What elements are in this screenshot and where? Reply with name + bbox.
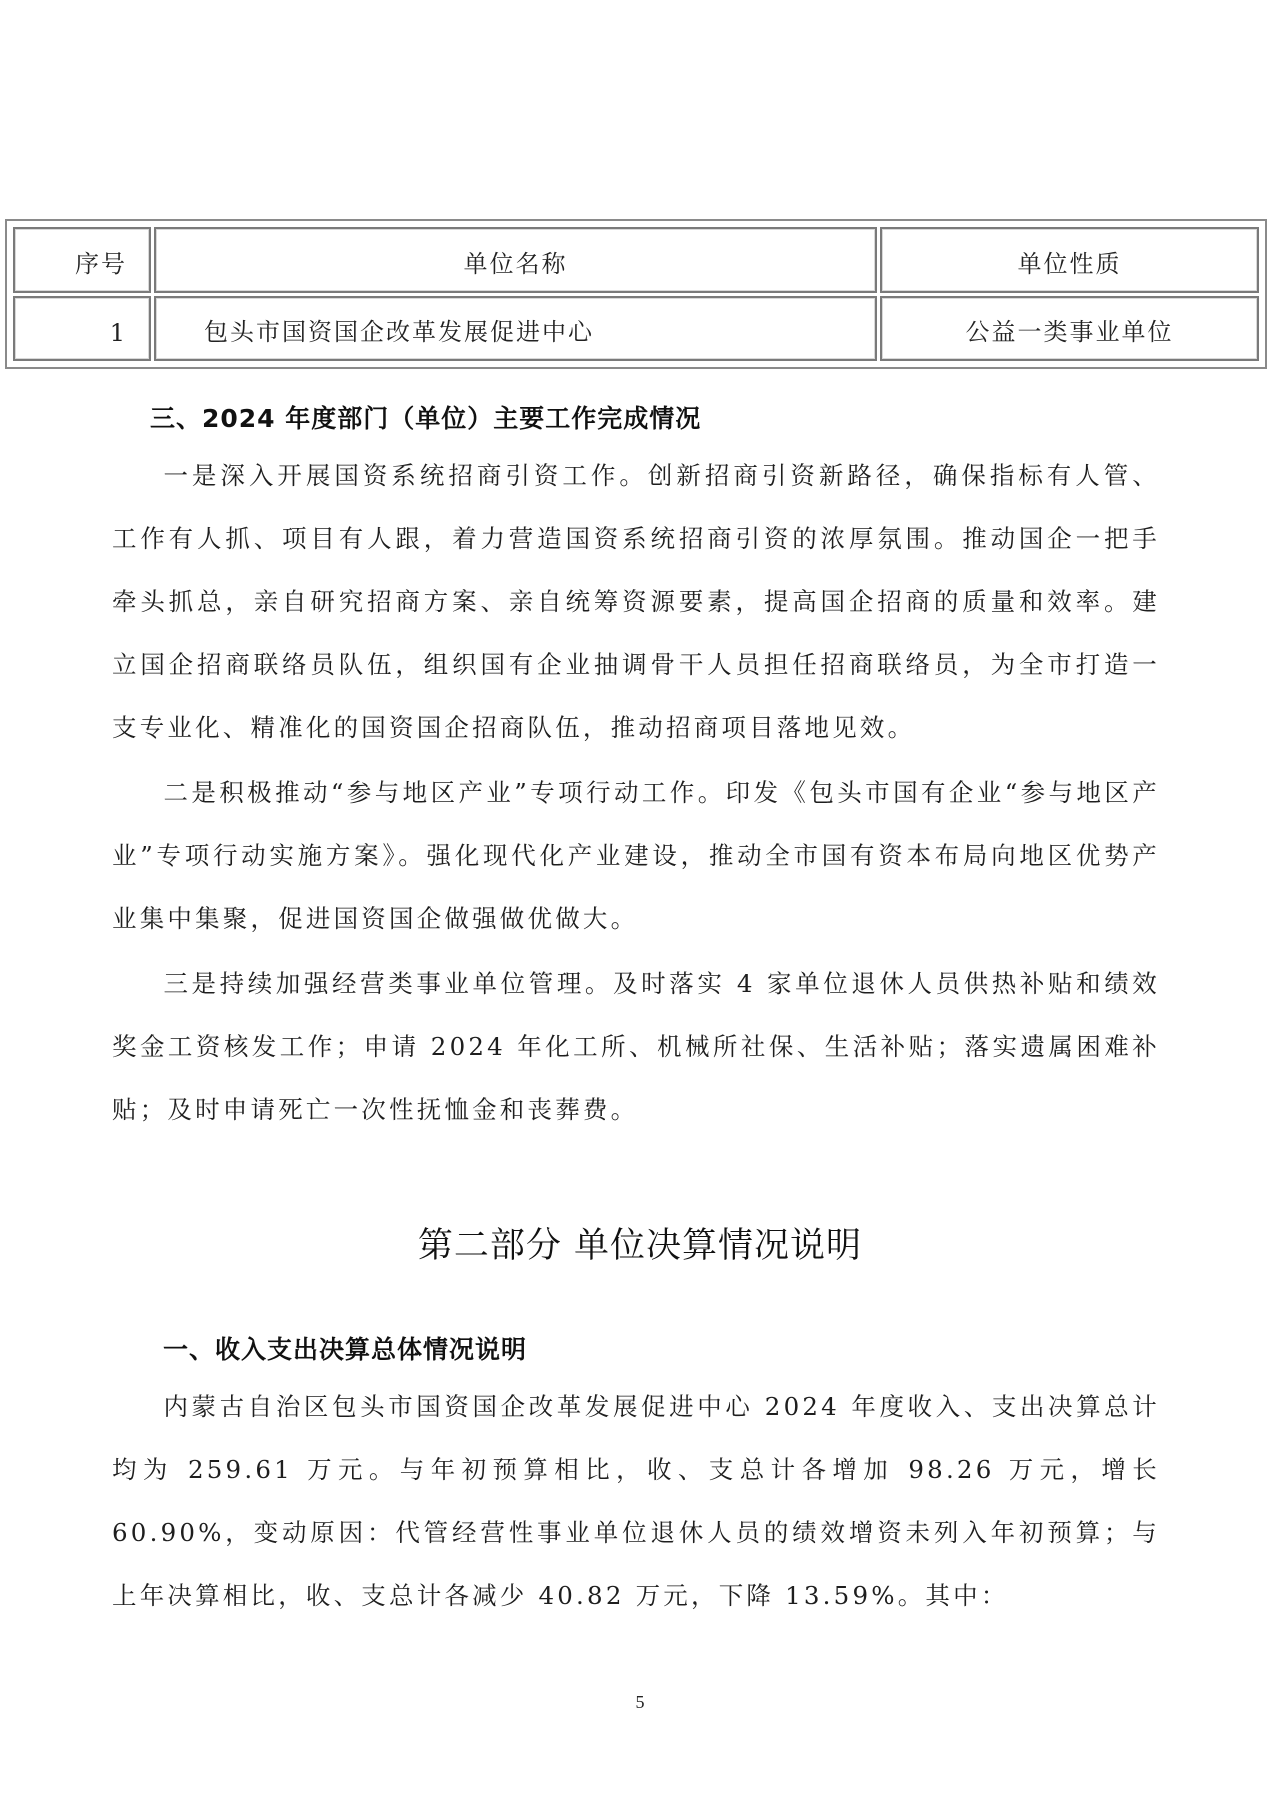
section-heading-work-completion: 三、2024 年度部门（单位）主要工作完成情况 xyxy=(150,399,1200,435)
paragraph-regional-industry: 二是积极推动“参与地区产业”专项行动工作。印发《包头市国有企业“参与地区产业”专… xyxy=(112,761,1160,950)
table-header-row: 序号 单位名称 单位性质 xyxy=(13,227,1259,293)
cell-index: 1 xyxy=(13,296,151,362)
paragraph-institution-management: 三是持续加强经营类事业单位管理。及时落实 4 家单位退休人员供热补贴和绩效奖金工… xyxy=(112,952,1160,1141)
unit-table: 序号 单位名称 单位性质 1 包头市国资国企改革发展促进中心 公益一类事业单位 xyxy=(5,219,1267,369)
header-unit-type: 单位性质 xyxy=(880,227,1259,293)
paragraph-income-expenditure-summary: 内蒙古自治区包头市国资国企改革发展促进中心 2024 年度收入、支出决算总计均为… xyxy=(112,1375,1160,1627)
work-completion-paragraphs: 一是深入开展国资系统招商引资工作。创新招商引资新路径，确保指标有人管、工作有人抓… xyxy=(112,444,1160,1141)
income-expenditure-paragraphs: 内蒙古自治区包头市国资国企改革发展促进中心 2024 年度收入、支出决算总计均为… xyxy=(112,1375,1160,1627)
unit-table-grid: 序号 单位名称 单位性质 1 包头市国资国企改革发展促进中心 公益一类事业单位 xyxy=(10,224,1262,364)
header-unit-name: 单位名称 xyxy=(154,227,877,293)
cell-unit-type: 公益一类事业单位 xyxy=(880,296,1259,362)
header-index: 序号 xyxy=(13,227,151,293)
table-row: 1 包头市国资国企改革发展促进中心 公益一类事业单位 xyxy=(13,296,1259,362)
document-page: 序号 单位名称 单位性质 1 包头市国资国企改革发展促进中心 公益一类事业单位 … xyxy=(0,0,1280,1810)
page-number: 5 xyxy=(0,1692,1280,1713)
part-title: 第二部分 单位决算情况说明 xyxy=(0,1218,1280,1268)
section-heading-income-expenditure: 一、收入支出决算总体情况说明 xyxy=(163,1330,1213,1366)
paragraph-investment-promotion: 一是深入开展国资系统招商引资工作。创新招商引资新路径，确保指标有人管、工作有人抓… xyxy=(112,444,1160,759)
cell-unit-name: 包头市国资国企改革发展促进中心 xyxy=(154,296,877,362)
